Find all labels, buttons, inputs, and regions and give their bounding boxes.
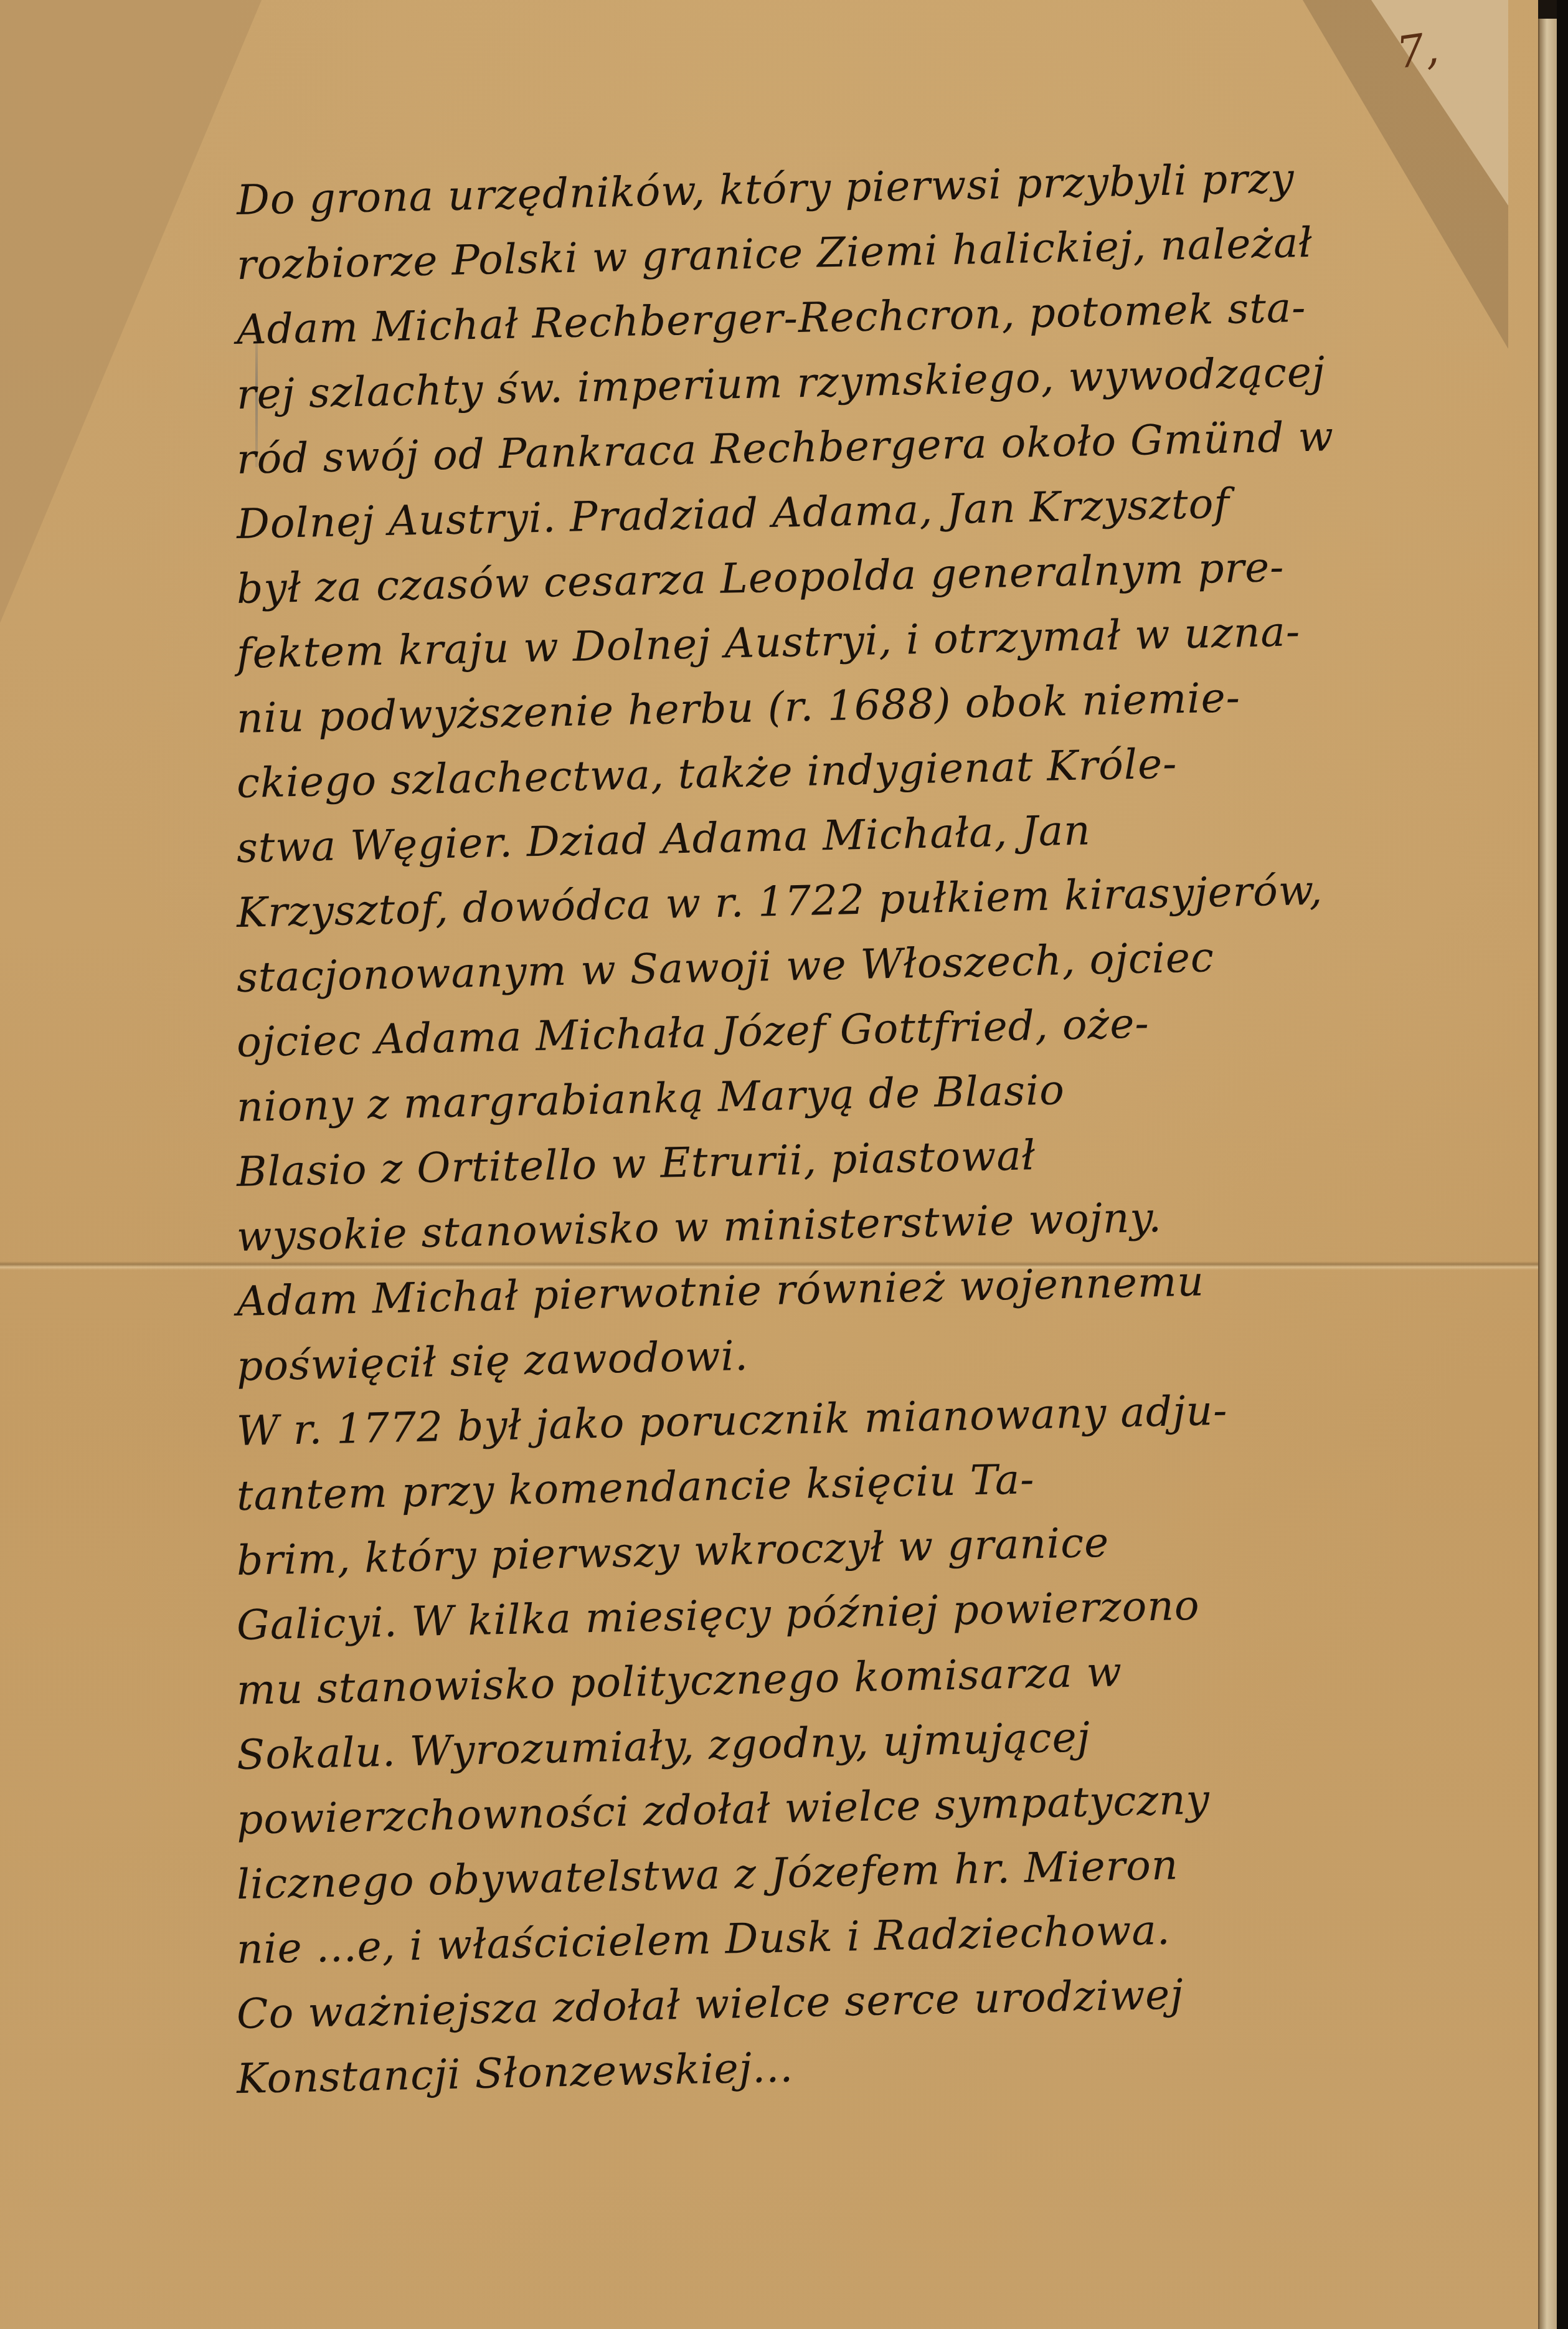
paper-right-edge <box>1538 19 1558 2329</box>
scan-background-edge <box>1557 0 1568 2329</box>
page-number: 7, <box>1394 22 1442 78</box>
folded-corner-left <box>0 0 262 623</box>
manuscript-page: 7, Do grona urzędników, który pierwsi pr… <box>0 0 1538 2329</box>
handwritten-text-block: Do grona urzędników, który pierwsi przyb… <box>237 168 1501 2112</box>
